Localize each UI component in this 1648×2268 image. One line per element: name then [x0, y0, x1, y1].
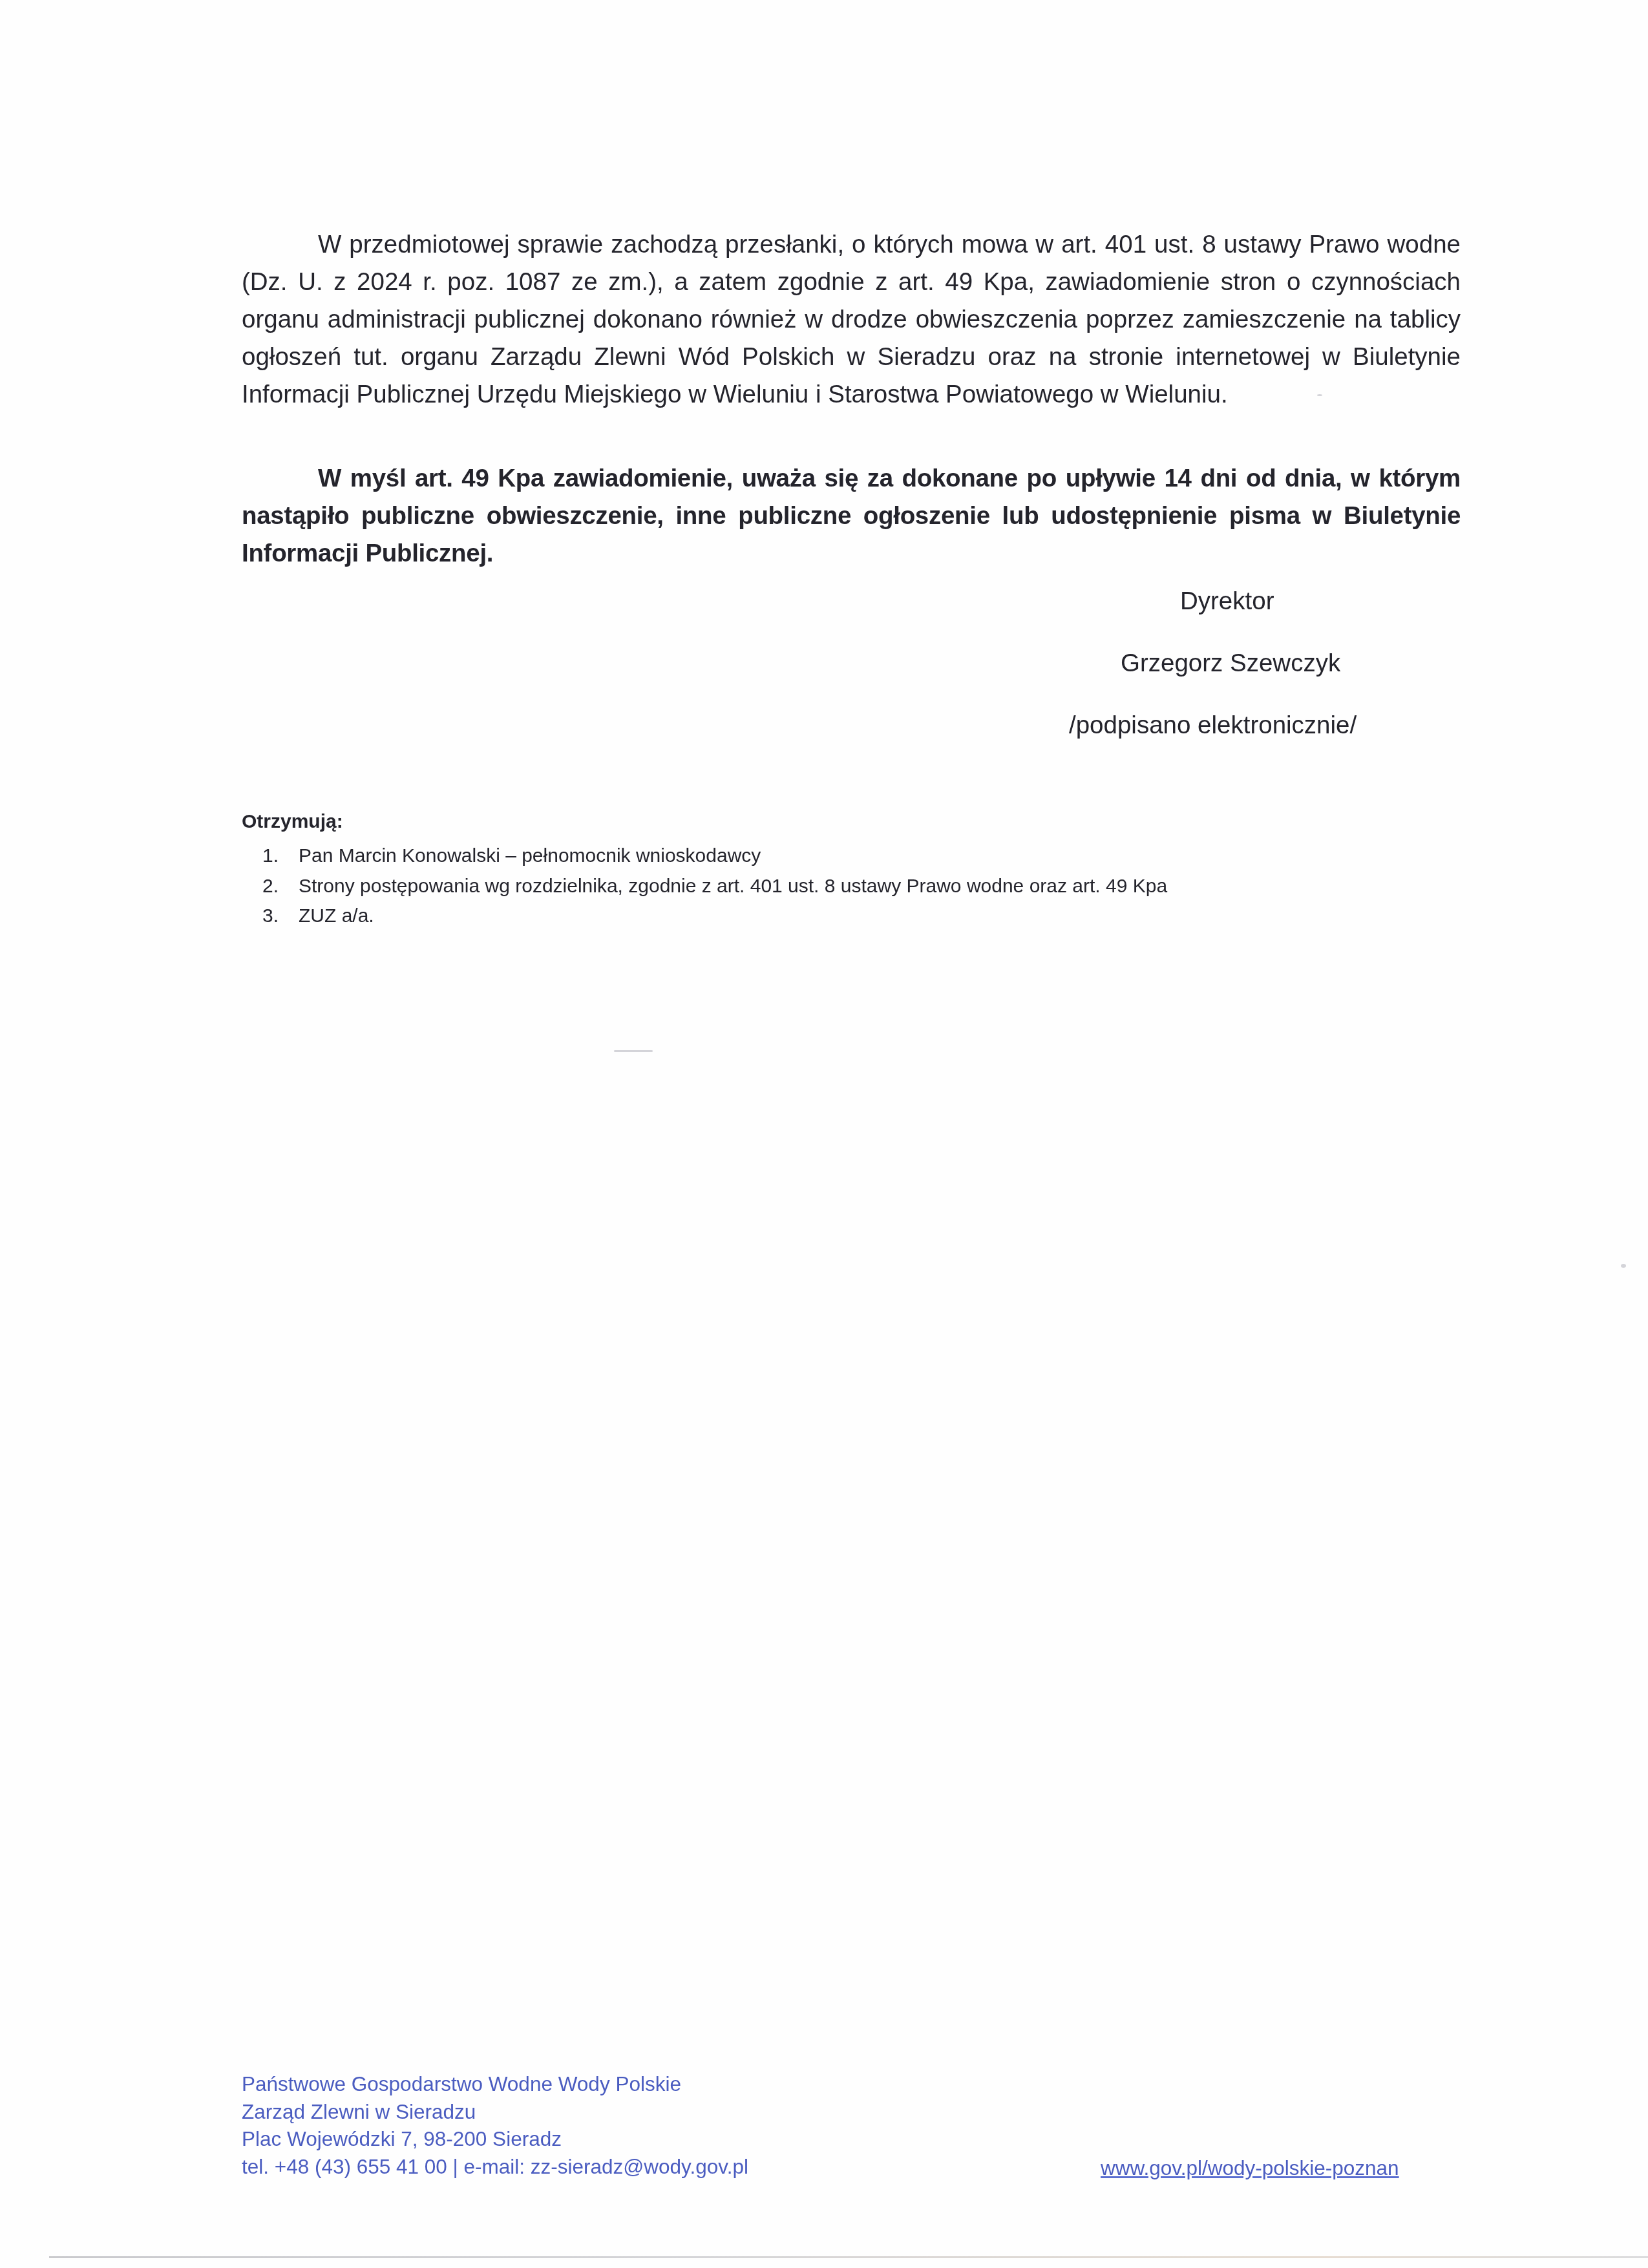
list-number: 1.: [242, 841, 299, 872]
list-number: 2.: [242, 872, 299, 902]
recipients-heading: Otrzymują:: [242, 809, 343, 835]
list-item: 2. Strony postępowania wg rozdzielnika, …: [242, 872, 1167, 902]
footer-contact-block: Państwowe Gospodarstwo Wodne Wody Polski…: [242, 2070, 748, 2180]
paragraph-text: W myśl art. 49 Kpa zawiadomienie, uważa …: [242, 465, 1461, 567]
list-text: Strony postępowania wg rozdzielnika, zgo…: [299, 872, 1167, 902]
paragraph-notice-grounds: W przedmiotowej sprawie zachodzą przesła…: [242, 226, 1461, 414]
list-item: 1. Pan Marcin Konowalski – pełnomocnik w…: [242, 841, 1167, 872]
list-item: 3. ZUZ a/a.: [242, 901, 1167, 932]
scan-edge-divider: [49, 2256, 1648, 2258]
footer-org-name: Państwowe Gospodarstwo Wodne Wody Polski…: [242, 2070, 748, 2098]
list-number: 3.: [242, 901, 299, 932]
footer-website-link[interactable]: www.gov.pl/wody-polskie-poznan: [1101, 2155, 1399, 2181]
scan-speck: [614, 1050, 653, 1052]
recipients-list: 1. Pan Marcin Konowalski – pełnomocnik w…: [242, 841, 1167, 932]
signature-title: Dyrektor: [1180, 587, 1274, 616]
paragraph-text: W przedmiotowej sprawie zachodzą przesła…: [242, 231, 1461, 408]
paragraph-notice-effective: W myśl art. 49 Kpa zawiadomienie, uważa …: [242, 460, 1461, 572]
signature-note: /podpisano elektronicznie/: [1069, 711, 1357, 740]
list-text: Pan Marcin Konowalski – pełnomocnik wnio…: [299, 841, 761, 872]
footer-address: Plac Wojewódzki 7, 98-200 Sieradz: [242, 2125, 748, 2153]
scan-speck: [1317, 394, 1322, 396]
document-page: W przedmiotowej sprawie zachodzą przesła…: [0, 0, 1648, 2268]
signature-name: Grzegorz Szewczyk: [1121, 649, 1340, 678]
list-text: ZUZ a/a.: [299, 901, 374, 932]
scan-speck: [1621, 1264, 1626, 1268]
footer-org-unit: Zarząd Zlewni w Sieradzu: [242, 2098, 748, 2126]
footer-contact: tel. +48 (43) 655 41 00 | e-mail: zz-sie…: [242, 2153, 748, 2181]
